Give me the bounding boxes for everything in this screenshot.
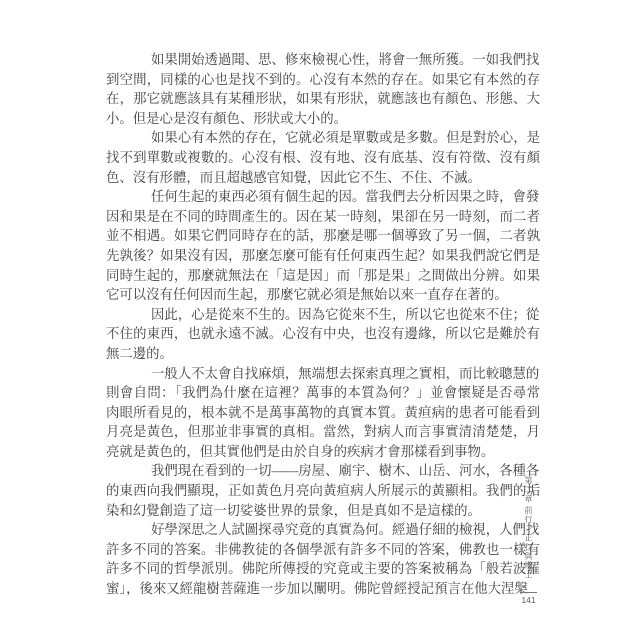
text-line: 到空間，同樣的心也是找不到的。心沒有本然的存在。如果它有本然的存 bbox=[106, 70, 540, 90]
section-title: 前行，正行與增上 bbox=[523, 506, 533, 580]
text-line: 無二邊的。 bbox=[106, 344, 540, 364]
text-line: 任何生起的東西必須有個生起的因。當我們去分析因果之時，會發覺 bbox=[106, 187, 540, 207]
text-line: 它可以沒有任何因而生起，那麼它就必須是無始以來一直存在著的。 bbox=[106, 285, 540, 305]
text-line: 許多不同的答案。非佛教徒的各個學派有許多不同的答案，佛教也一樣有 bbox=[106, 540, 540, 560]
text-line: 染和幻覺創造了這一切娑婆世界的景象，但是真如不是這樣的。 bbox=[106, 501, 540, 521]
text-line: 先孰後？如果沒有因，那麼怎麼可能有任何東西生起？如果我們說它們是 bbox=[106, 246, 540, 266]
text-line: 蜜」，後來又經龍樹菩薩進一步加以闡明。佛陀曾經授記預言在他大涅槃 bbox=[106, 579, 540, 599]
text-line: 不住的東西，也就永遠不滅。心沒有中央，也沒有邊緣，所以它是難於有 bbox=[106, 324, 540, 344]
text-line: 如果心有本然的存在，它就必須是單數或是多數。但是對於心，是 bbox=[106, 128, 540, 148]
text-line: 的東西向我們顯現，正如黃色月亮向黃疸病人所展示的黃顯相。我們的垢 bbox=[106, 481, 540, 501]
text-line: 亮就是黃色的，但其實他們是由於自身的疾病才會那樣看到事物。 bbox=[106, 442, 540, 462]
page-number-rule bbox=[520, 592, 537, 593]
text-line: 在，那它就應該具有某種形狀，如果有形狀，就應該也有顏色、形態、大 bbox=[106, 89, 540, 109]
chapter-label: 第二章 bbox=[523, 476, 533, 504]
text-line: 如果開始透過聞、思、修來檢視心性，將會一無所獲。一如我們找不 bbox=[106, 50, 540, 70]
text-line: 色、沒有形體，而且超越感官知覺，因此它不生、不住、不滅。 bbox=[106, 168, 540, 188]
text-line: 許多不同的哲學派別。佛陀所傳授的究竟或主要的答案被稱為「般若波羅 bbox=[106, 559, 540, 579]
text-line: 因此，心是從來不生的。因為它從來不生，所以它也從來不住；從來 bbox=[106, 305, 540, 325]
text-line: 因和果是在不同的時間產生的。因在某一時刻，果卻在另一時刻，而二者 bbox=[106, 207, 540, 227]
text-line: 肉眼所看見的，根本就不是萬事萬物的真實本質。黃疸病的患者可能看到 bbox=[106, 403, 540, 423]
text-line: 並不相遇。如果它們同時存在的話，那麼是哪一個導致了另一個，二者孰 bbox=[106, 226, 540, 246]
text-line: 小。但是心是沒有顏色、形狀或大小的。 bbox=[106, 109, 540, 129]
text-line: 同時生起的，那麼就無法在「這是因」而「那是果」之間做出分辨。如果 bbox=[106, 266, 540, 286]
book-page: 如果開始透過聞、思、修來檢視心性，將會一無所獲。一如我們找不到空間，同樣的心也是… bbox=[0, 0, 640, 640]
text-line: 好學深思之人試圖探尋究竟的真實為何。經過仔細的檢視，人們找到 bbox=[106, 520, 540, 540]
text-line: 找不到單數或複數的。心沒有根、沒有地、沒有底基、沒有符徵、沒有顏 bbox=[106, 148, 540, 168]
text-line: 月亮是黃色，但那並非事實的真相。當然，對病人而言事實清清楚楚，月 bbox=[106, 422, 540, 442]
body-text: 如果開始透過聞、思、修來檢視心性，將會一無所獲。一如我們找不到空間，同樣的心也是… bbox=[106, 50, 540, 599]
page-number: 141 bbox=[515, 595, 542, 605]
text-line: 一般人不太會自找麻煩，無端想去探索真理之實相，而比較聰慧的人 bbox=[106, 364, 540, 384]
text-line: 我們現在看到的一切——房屋、廟宇、樹木、山岳、河水，各種各樣 bbox=[106, 461, 540, 481]
text-line: 則會自問：「我們為什麼在這裡？萬事的本質為何？」並會懷疑是否尋常 bbox=[106, 383, 540, 403]
